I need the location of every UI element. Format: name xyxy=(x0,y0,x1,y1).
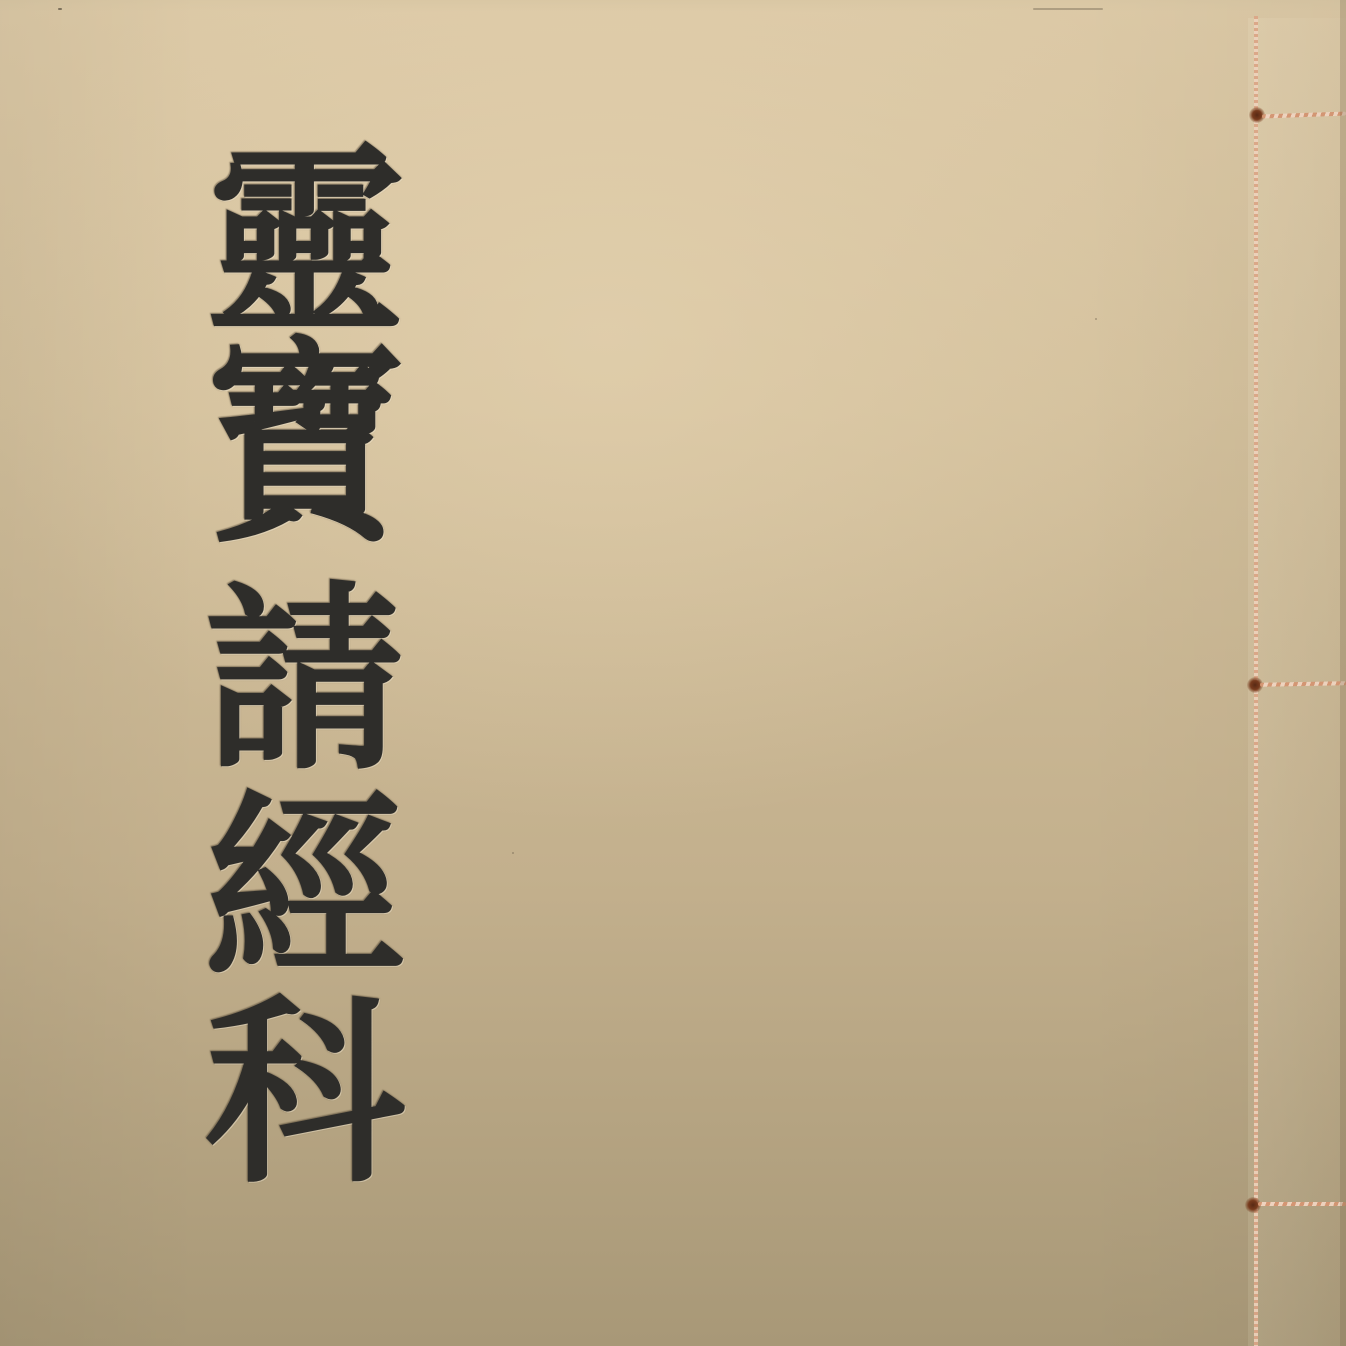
book-cover: 靈 寶 請 經 科 xyxy=(0,0,1346,1346)
paper-speck xyxy=(1033,8,1103,10)
paper-speck xyxy=(58,8,62,10)
binding-thread xyxy=(1258,1202,1346,1206)
title-char-qing: 請 xyxy=(190,581,420,790)
stitch-hole-icon xyxy=(1247,677,1263,693)
binding-thread xyxy=(1262,112,1346,119)
paper-speck xyxy=(1095,318,1097,320)
cover-title: 靈 寶 請 經 科 xyxy=(190,138,420,1218)
title-char-ling: 靈 xyxy=(190,143,420,347)
spine-stitch-line xyxy=(1254,16,1258,1346)
title-char-ke: 科 xyxy=(190,994,420,1218)
title-char-jing: 經 xyxy=(190,790,420,994)
stitch-hole-icon xyxy=(1245,1197,1261,1213)
title-char-bao: 寶 xyxy=(190,335,420,592)
binding-thread xyxy=(1260,681,1346,687)
cover-top-edge xyxy=(0,0,1346,12)
paper-speck xyxy=(512,852,514,854)
stitch-hole-icon xyxy=(1249,107,1265,123)
binding-margin xyxy=(1248,18,1346,1346)
cover-right-edge xyxy=(1340,0,1346,1346)
